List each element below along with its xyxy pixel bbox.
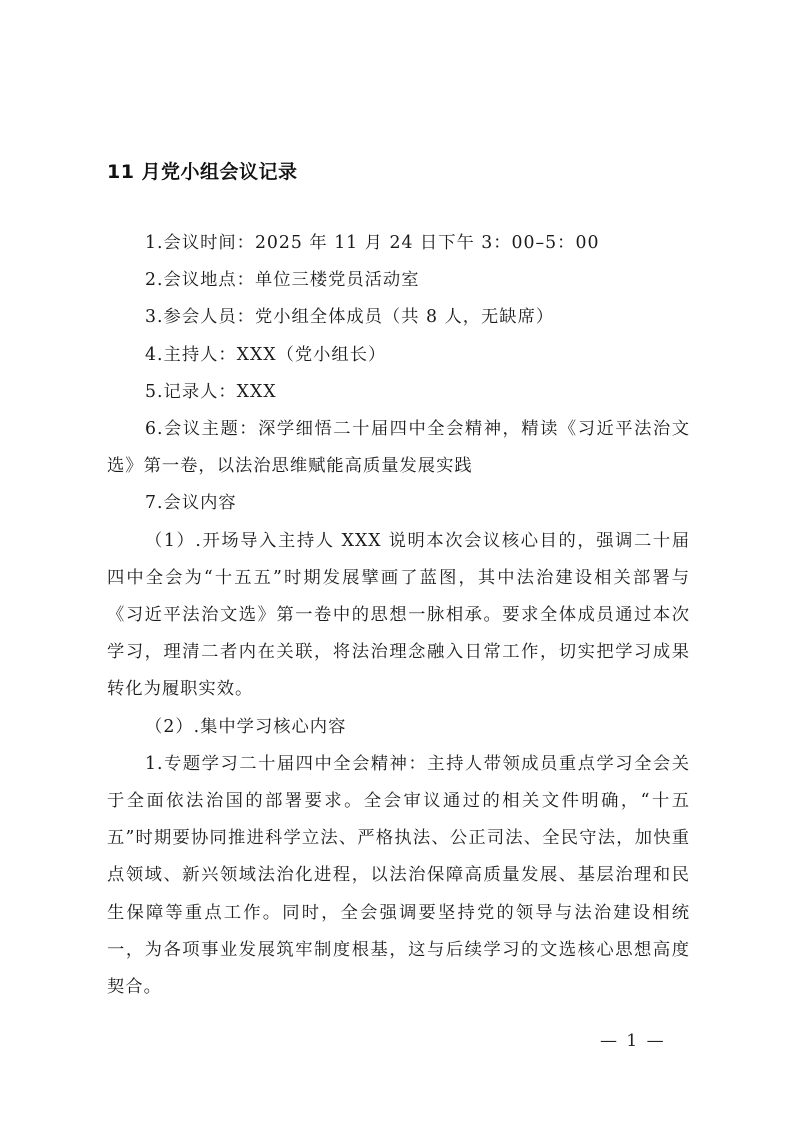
section-study-plenum: 1.专题学习二十届四中全会精神：主持人带领成员重点学习全会关于全面依法治国的部署… [107, 746, 690, 1006]
meeting-time: 1.会议时间：2025 年 11 月 24 日下午 3：00–5：00 [107, 225, 690, 262]
document-body: 1.会议时间：2025 年 11 月 24 日下午 3：00–5：00 2.会议… [107, 225, 690, 1006]
page-number: — 1 — [600, 1031, 666, 1051]
meeting-theme: 6.会议主题：深学细悟二十届四中全会精神，精读《习近平法治文选》第一卷，以法治思… [107, 411, 690, 485]
meeting-attendees: 3.参会人员：党小组全体成员（共 8 人，无缺席） [107, 299, 690, 336]
section-study-heading: （2）.集中学习核心内容 [107, 709, 690, 746]
document-title: 11 月党小组会议记录 [107, 157, 298, 184]
meeting-location: 2.会议地点：单位三楼党员活动室 [107, 262, 690, 299]
meeting-content-heading: 7.会议内容 [107, 485, 690, 522]
document-page: 11 月党小组会议记录 1.会议时间：2025 年 11 月 24 日下午 3：… [0, 0, 794, 1122]
section-opening: （1）.开场导入主持人 XXX 说明本次会议核心目的，强调二十届四中全会为“十五… [107, 523, 690, 709]
meeting-recorder: 5.记录人：XXX [107, 374, 690, 411]
meeting-host: 4.主持人：XXX（党小组长） [107, 337, 690, 374]
